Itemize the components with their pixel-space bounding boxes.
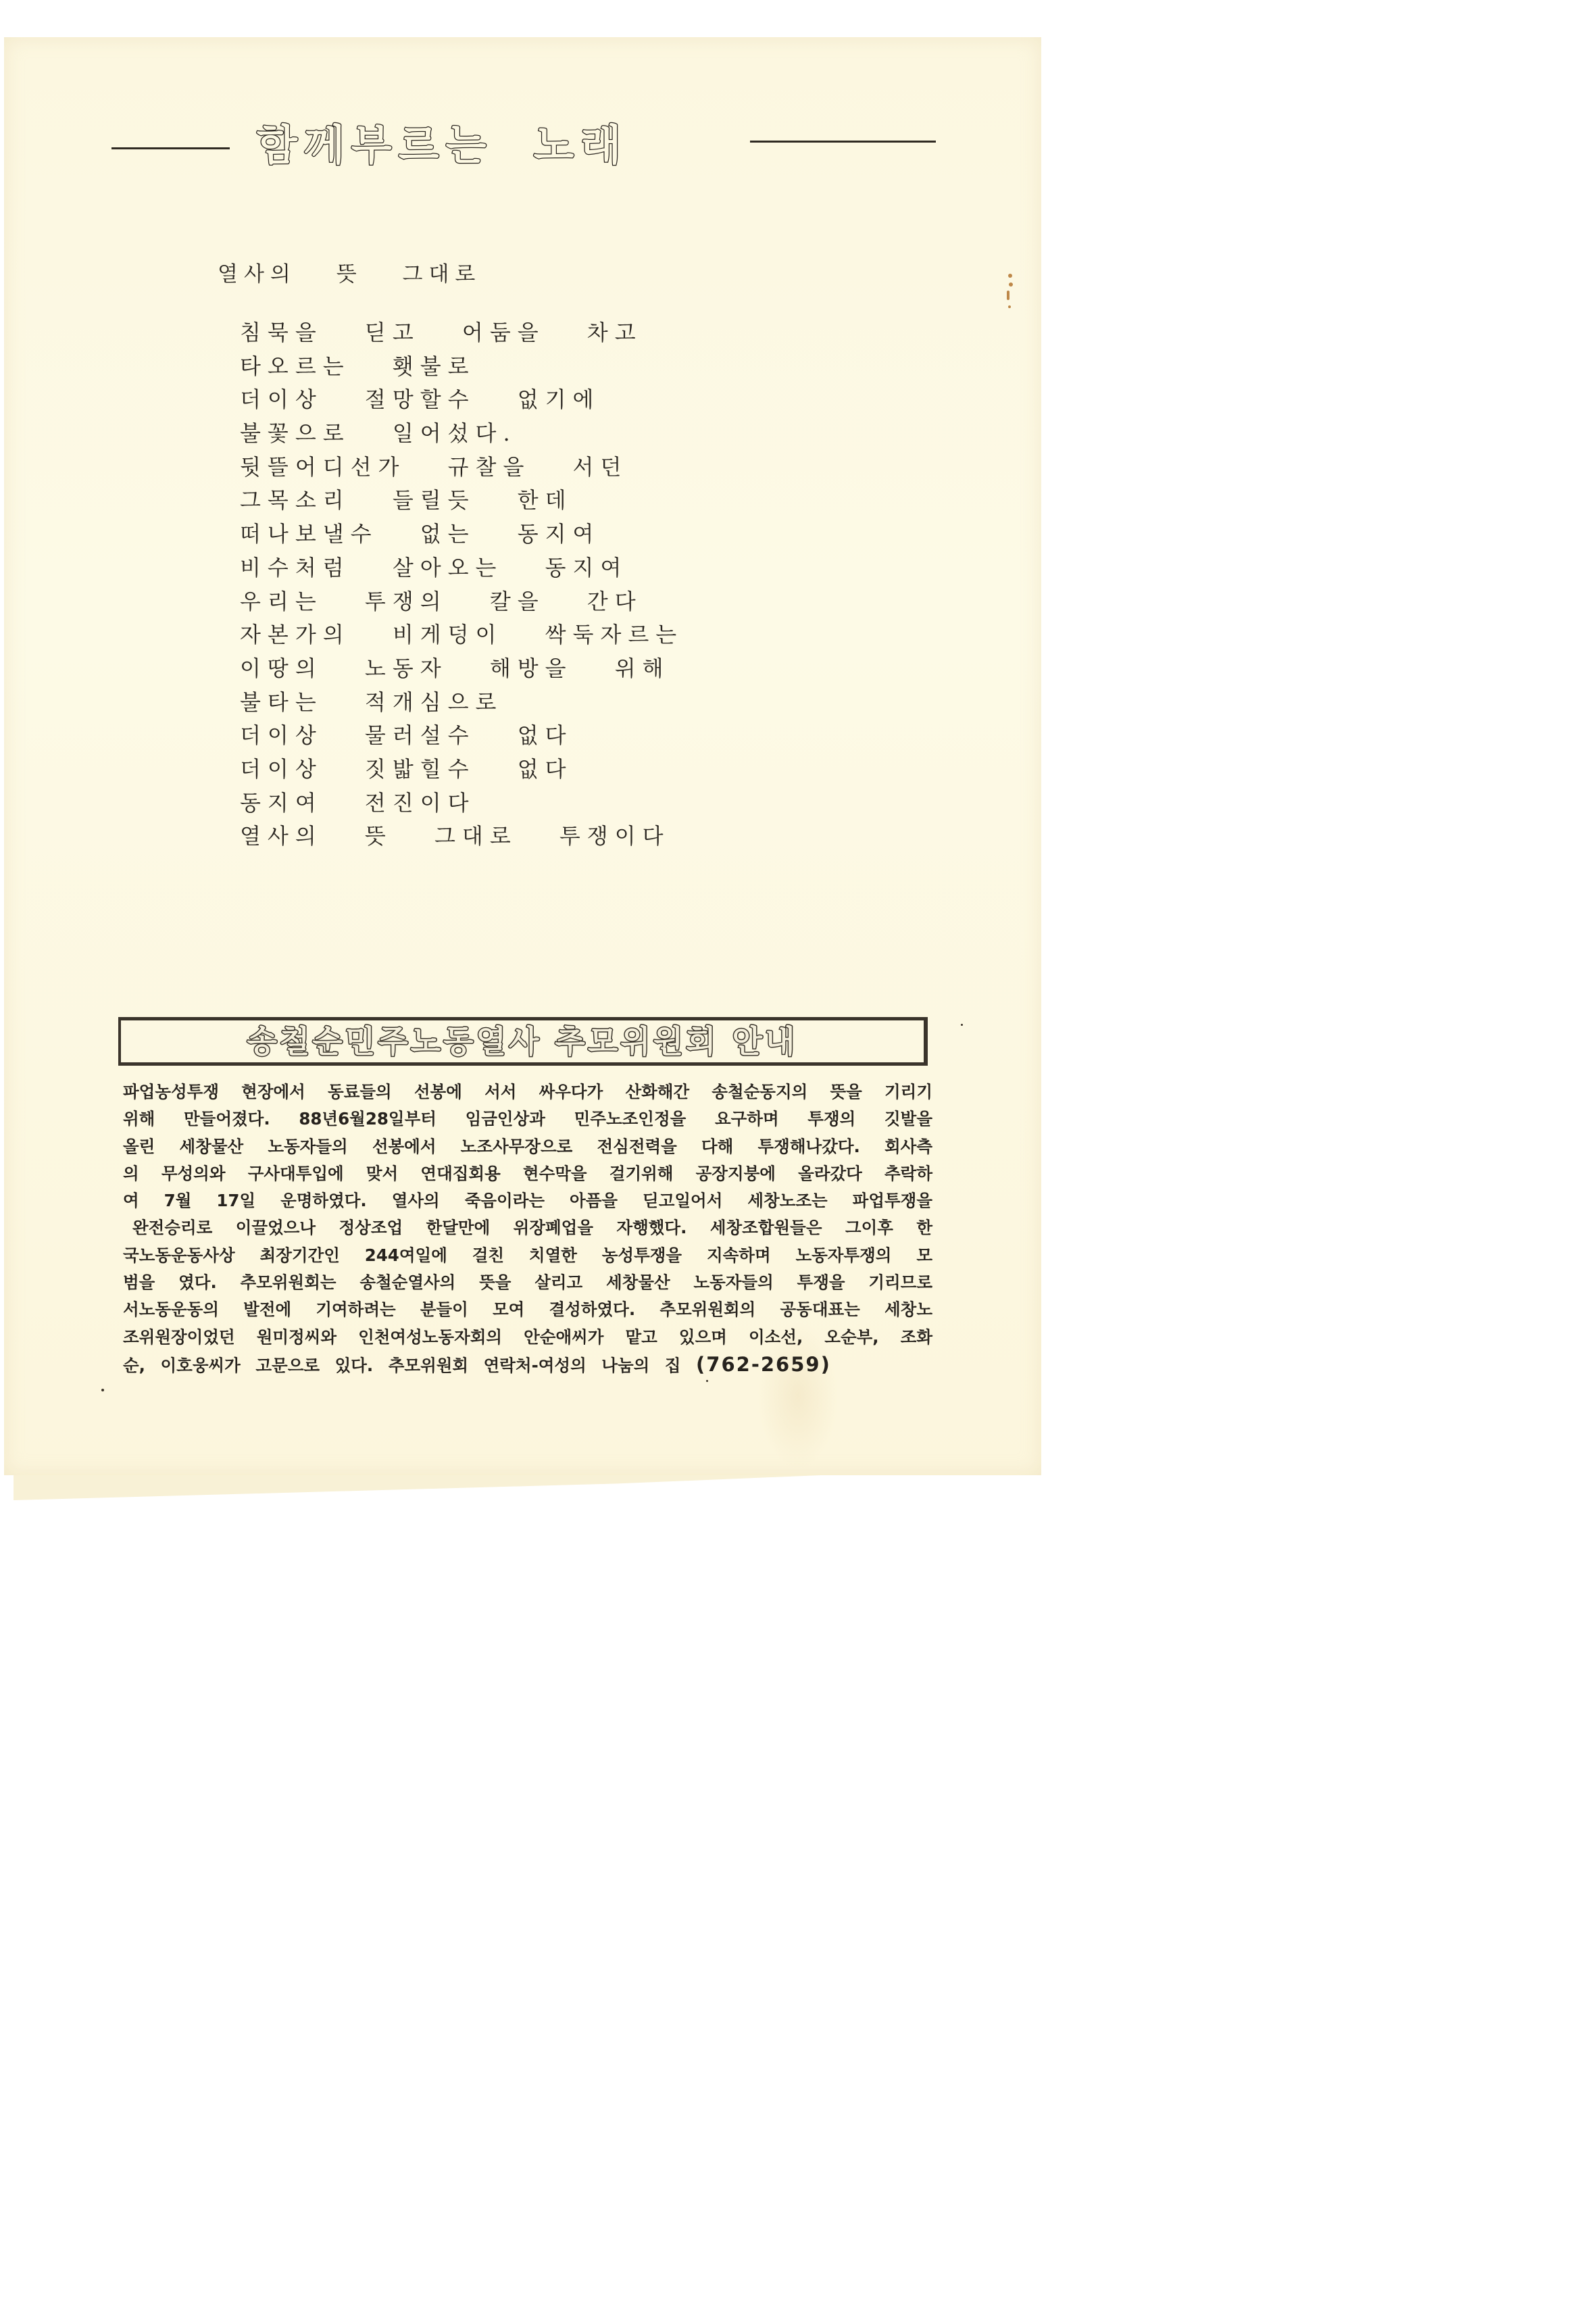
notice-line: 위해 만들어졌다. 88년6월28일부터 임금인상과 민주노조인정을 요구하며 … bbox=[123, 1106, 932, 1133]
song-heading-part-1: 함께부르는 bbox=[257, 120, 493, 170]
notice-line: 완전승리로 이끌었으나 정상조업 한달만에 위장폐업을 자행했다. 세창조합원들… bbox=[123, 1214, 932, 1241]
lyric-line: 불타는 적개심으로 bbox=[240, 686, 916, 720]
notice-line: 의 무성의와 구사대투입에 맞서 연대집회용 현수막을 걸기위해 공장지붕에 올… bbox=[123, 1160, 932, 1187]
lyric-line: 뒷뜰어디선가 규찰을 서던 bbox=[240, 451, 916, 485]
lyric-line: 더이상 짓밟힐수 없다 bbox=[240, 753, 916, 787]
ink-speck bbox=[101, 1389, 104, 1391]
notice-heading: 송철순민주노동열사 추모위원회 안내 bbox=[121, 1020, 924, 1062]
notice-line: 서노동운동의 발전에 기여하려는 분들이 모여 결성하였다. 추모위원회의 공동… bbox=[123, 1296, 932, 1323]
notice-line-text: 순, 이호웅씨가 고문으로 있다. 추모위원회 연락처-여성의 나눔의 집 bbox=[123, 1356, 681, 1375]
notice-line-last: 순, 이호웅씨가 고문으로 있다. 추모위원회 연락처-여성의 나눔의 집 (7… bbox=[123, 1351, 932, 1378]
lyric-line: 열사의 뜻 그대로 투쟁이다 bbox=[240, 820, 916, 854]
lyric-line: 침묵을 딛고 어둠을 차고 bbox=[240, 316, 916, 350]
notice-heading-box: 송철순민주노동열사 추모위원회 안내 bbox=[118, 1017, 928, 1066]
song-heading-part-2: 노래 bbox=[533, 120, 628, 170]
poem-lyrics: 침묵을 딛고 어둠을 차고 타오르는 횃불로 더이상 절망할수 없기에 불꽃으로… bbox=[240, 316, 916, 854]
lyric-line: 불꽃으로 일어섰다. bbox=[240, 417, 916, 451]
notice-line: 조위원장이었던 원미정씨와 인천여성노동자회의 안순애씨가 맡고 있으며 이소선… bbox=[123, 1324, 932, 1351]
title-rule-right bbox=[750, 141, 936, 143]
lyric-line: 더이상 절망할수 없기에 bbox=[240, 383, 916, 417]
stain-mark bbox=[1007, 291, 1009, 300]
notice-line: 여 7월 17일 운명하였다. 열사의 죽음이라는 아픔을 딛고일어서 세창노조… bbox=[123, 1187, 932, 1214]
poem-title: 열사의 뜻 그대로 bbox=[218, 257, 481, 287]
lyric-line: 자본가의 비게덩이 싹둑자르는 bbox=[240, 618, 916, 652]
lyric-line: 그목소리 들릴듯 한데 bbox=[240, 484, 916, 518]
notice-line: 파업농성투쟁 현장에서 동료들의 선봉에 서서 싸우다가 산화해간 송철순동지의… bbox=[123, 1079, 932, 1106]
lyric-line: 동지여 전진이다 bbox=[240, 787, 916, 820]
song-heading: 함께부르는노래 bbox=[257, 115, 730, 176]
stain-mark bbox=[1009, 282, 1013, 287]
contact-phone: (762-2659) bbox=[696, 1353, 831, 1376]
lyric-line: 더이상 물러설수 없다 bbox=[240, 719, 916, 753]
stain-mark bbox=[1008, 274, 1012, 278]
notice-body: 파업농성투쟁 현장에서 동료들의 선봉에 서서 싸우다가 산화해간 송철순동지의… bbox=[123, 1079, 932, 1378]
lyric-line: 이땅의 노동자 해방을 위해 bbox=[240, 652, 916, 686]
stain-mark bbox=[1008, 305, 1011, 308]
ink-speck bbox=[961, 1024, 963, 1026]
lyric-line: 타오르는 횃불로 bbox=[240, 350, 916, 384]
lyric-line: 비수처럼 살아오는 동지여 bbox=[240, 551, 916, 585]
notice-line: 범을 였다. 추모위원회는 송철순열사의 뜻을 살리고 세창물산 노동자들의 투… bbox=[123, 1269, 932, 1296]
notice-line: 올린 세창물산 노동자들의 선봉에서 노조사무장으로 전심전력을 다해 투쟁해나… bbox=[123, 1133, 932, 1160]
title-rule-left bbox=[111, 147, 230, 149]
ink-speck bbox=[706, 1380, 708, 1382]
notice-line: 국노동운동사상 최장기간인 244여일에 걸친 치열한 농성투쟁을 지속하며 노… bbox=[123, 1242, 932, 1269]
lyric-line: 우리는 투쟁의 칼을 간다 bbox=[240, 585, 916, 619]
song-title-row: 함께부르는노래 bbox=[111, 115, 936, 176]
lyric-line: 떠나보낼수 없는 동지여 bbox=[240, 518, 916, 551]
